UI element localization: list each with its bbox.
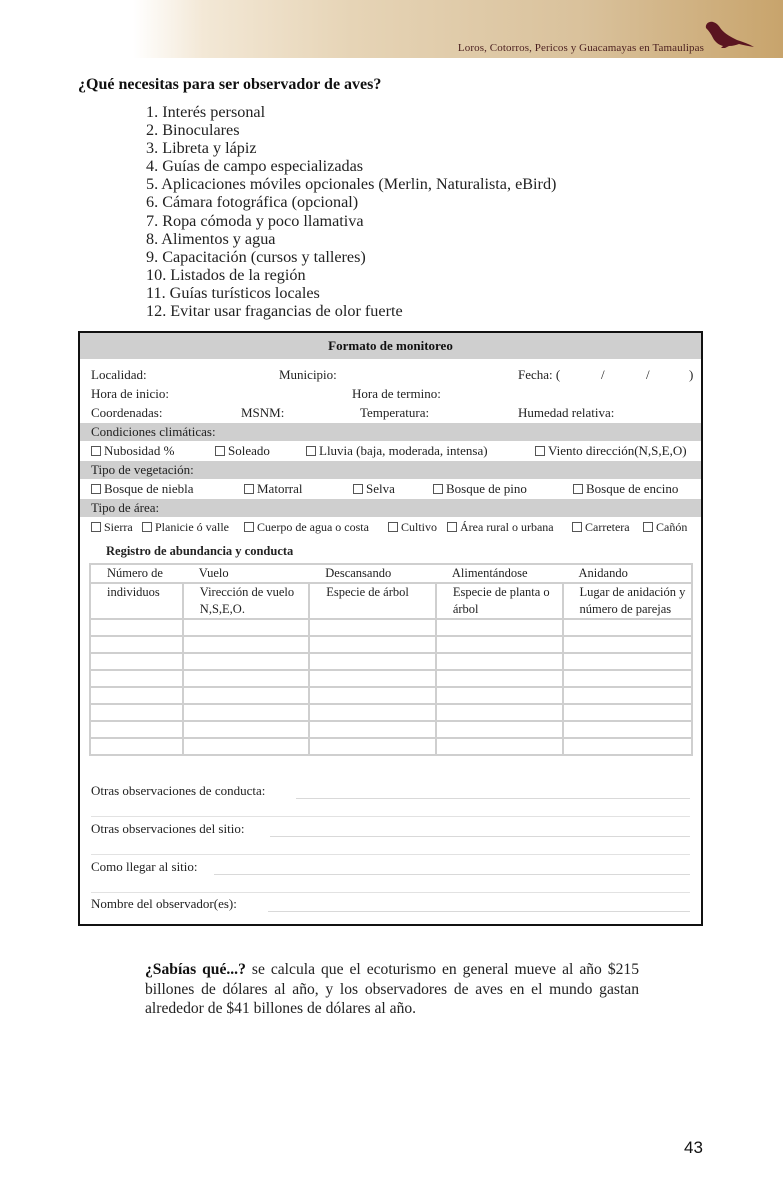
checkbox-icon[interactable] xyxy=(388,522,398,532)
divider xyxy=(91,854,690,855)
table-cell[interactable] xyxy=(309,636,436,653)
table-cell[interactable] xyxy=(436,636,563,653)
temperatura-label: Temperatura: xyxy=(360,405,429,421)
vegetacion-options: Bosque de niebla Matorral Selva Bosque d… xyxy=(91,479,701,499)
table-cell[interactable] xyxy=(309,670,436,687)
table-row xyxy=(90,670,692,687)
checkbox-sierra[interactable]: Sierra xyxy=(91,517,133,537)
fecha-separator: / xyxy=(646,367,650,383)
checkbox-icon[interactable] xyxy=(353,484,363,494)
needs-list: 1. Interés personal 2. Binoculares 3. Li… xyxy=(146,103,556,320)
table-row xyxy=(90,704,692,721)
checkbox-soleado[interactable]: Soleado xyxy=(215,441,270,461)
table-cell[interactable] xyxy=(183,704,309,721)
checkbox-cuerpo-agua[interactable]: Cuerpo de agua o costa xyxy=(244,517,369,537)
table-cell[interactable] xyxy=(309,687,436,704)
table-cell[interactable] xyxy=(309,619,436,636)
list-item: 11. Guías turísticos locales xyxy=(146,284,556,302)
table-cell[interactable] xyxy=(183,619,309,636)
table-cell[interactable] xyxy=(436,738,563,755)
column-subheader: Especie de árbol xyxy=(309,583,436,619)
table-cell[interactable] xyxy=(90,687,183,704)
parrot-silhouette-icon xyxy=(703,20,755,50)
checkbox-icon[interactable] xyxy=(643,522,653,532)
table-cell[interactable] xyxy=(309,738,436,755)
table-cell[interactable] xyxy=(90,636,183,653)
table-cell[interactable] xyxy=(183,721,309,738)
running-header-title: Loros, Cotorros, Pericos y Guacamayas en… xyxy=(458,42,704,54)
area-options: Sierra Planicie ó valle Cuerpo de agua o… xyxy=(91,517,701,537)
checkbox-icon[interactable] xyxy=(91,522,101,532)
table-cell[interactable] xyxy=(436,687,563,704)
hora-termino-label: Hora de termino: xyxy=(352,386,441,402)
hora-inicio-label: Hora de inicio: xyxy=(91,386,169,402)
table-cell[interactable] xyxy=(309,653,436,670)
registro-title: Registro de abundancia y conducta xyxy=(106,544,293,559)
area-section-label: Tipo de área: xyxy=(80,499,701,517)
table-cell[interactable] xyxy=(436,704,563,721)
table-cell[interactable] xyxy=(563,704,692,721)
fecha-close: ) xyxy=(689,367,693,383)
checkbox-bosque-niebla[interactable]: Bosque de niebla xyxy=(91,479,194,499)
list-item: 6. Cámara fotográfica (opcional) xyxy=(146,193,556,211)
checkbox-bosque-pino[interactable]: Bosque de pino xyxy=(433,479,527,499)
obs-sitio-line[interactable] xyxy=(270,836,690,837)
table-cell[interactable] xyxy=(90,619,183,636)
checkbox-carretera[interactable]: Carretera xyxy=(572,517,630,537)
table-row xyxy=(90,687,692,704)
checkbox-icon[interactable] xyxy=(91,484,101,494)
list-item: 8. Alimentos y agua xyxy=(146,230,556,248)
checkbox-icon[interactable] xyxy=(306,446,316,456)
list-item: 10. Listados de la región xyxy=(146,266,556,284)
como-llegar-label: Como llegar al sitio: xyxy=(91,859,201,875)
checkbox-selva[interactable]: Selva xyxy=(353,479,395,499)
checkbox-icon[interactable] xyxy=(91,446,101,456)
observador-line[interactable] xyxy=(268,911,690,912)
table-cell[interactable] xyxy=(90,670,183,687)
table-row xyxy=(90,619,692,636)
column-subheader: Lugar de anidación y número de parejas xyxy=(563,583,692,619)
column-subheader: Especie de planta o árbol xyxy=(436,583,563,619)
list-item: 9. Capacitación (cursos y talleres) xyxy=(146,248,556,266)
clima-section-label: Condiciones climáticas: xyxy=(80,423,701,441)
list-item: 4. Guías de campo especializadas xyxy=(146,157,556,175)
table-cell[interactable] xyxy=(90,738,183,755)
list-item: 2. Binoculares xyxy=(146,121,556,139)
observador-label: Nombre del observador(es): xyxy=(91,896,240,912)
vegetacion-section-label: Tipo de vegetación: xyxy=(80,461,701,479)
table-cell[interactable] xyxy=(183,738,309,755)
table-row xyxy=(90,653,692,670)
checkbox-canon[interactable]: Cañón xyxy=(643,517,687,537)
form-title: Formato de monitoreo xyxy=(80,333,701,359)
column-subheader: Virección de vuelo N,S,E,O. xyxy=(183,583,309,619)
table-cell[interactable] xyxy=(90,704,183,721)
fecha-separator: / xyxy=(601,367,605,383)
municipio-label: Municipio: xyxy=(279,367,337,383)
obs-conducta-label: Otras observaciones de conducta: xyxy=(91,783,268,799)
checkbox-icon[interactable] xyxy=(142,522,152,532)
checkbox-icon[interactable] xyxy=(244,522,254,532)
registro-table: Número de Vuelo Descansando Alimentándos… xyxy=(89,563,693,756)
como-llegar-line[interactable] xyxy=(214,874,690,875)
column-header: Anidando xyxy=(563,564,692,583)
list-item: 7. Ropa cómoda y poco llamativa xyxy=(146,212,556,230)
msnm-label: MSNM: xyxy=(241,405,284,421)
table-row xyxy=(90,636,692,653)
fun-fact-lead: ¿Sabías qué...? xyxy=(145,961,246,978)
checkbox-icon[interactable] xyxy=(447,522,457,532)
table-cell[interactable] xyxy=(563,670,692,687)
table-cell[interactable] xyxy=(436,653,563,670)
table-cell[interactable] xyxy=(90,653,183,670)
list-item: 1. Interés personal xyxy=(146,103,556,121)
checkbox-nubosidad[interactable]: Nubosidad % xyxy=(91,441,174,461)
table-cell[interactable] xyxy=(183,636,309,653)
checkbox-planicie[interactable]: Planicie ó valle xyxy=(142,517,229,537)
table-cell[interactable] xyxy=(563,619,692,636)
table-cell[interactable] xyxy=(183,687,309,704)
checkbox-icon[interactable] xyxy=(572,522,582,532)
table-cell[interactable] xyxy=(563,687,692,704)
section-title: ¿Qué necesitas para ser observador de av… xyxy=(78,76,381,94)
column-header: Alimentándose xyxy=(436,564,563,583)
checkbox-bosque-encino[interactable]: Bosque de encino xyxy=(573,479,678,499)
table-cell[interactable] xyxy=(563,636,692,653)
checkbox-lluvia[interactable]: Lluvia (baja, moderada, intensa) xyxy=(306,441,488,461)
checkbox-icon[interactable] xyxy=(244,484,254,494)
fun-fact-paragraph: ¿Sabías qué...? se calcula que el ecotur… xyxy=(145,960,639,1019)
divider xyxy=(91,892,690,893)
checkbox-icon[interactable] xyxy=(215,446,225,456)
table-cell[interactable] xyxy=(563,738,692,755)
column-subheader: individuos xyxy=(90,583,183,619)
checkbox-viento[interactable]: Viento dirección(N,S,E,O) xyxy=(535,441,687,461)
table-cell[interactable] xyxy=(436,670,563,687)
table-cell[interactable] xyxy=(563,653,692,670)
table-cell[interactable] xyxy=(183,653,309,670)
list-item: 3. Libreta y lápiz xyxy=(146,139,556,157)
table-cell[interactable] xyxy=(309,704,436,721)
table-header-row: Número de Vuelo Descansando Alimentándos… xyxy=(90,564,692,583)
column-header: Descansando xyxy=(309,564,436,583)
list-item: 12. Evitar usar fragancias de olor fuert… xyxy=(146,302,556,320)
checkbox-icon[interactable] xyxy=(535,446,545,456)
checkbox-area-rural[interactable]: Área rural o urbana xyxy=(447,517,554,537)
fecha-label: Fecha: ( xyxy=(518,367,560,383)
table-cell[interactable] xyxy=(309,721,436,738)
table-cell[interactable] xyxy=(436,619,563,636)
table-cell[interactable] xyxy=(563,721,692,738)
checkbox-icon[interactable] xyxy=(573,484,583,494)
humedad-label: Humedad relativa: xyxy=(518,405,614,421)
monitoring-form: Formato de monitoreo Localidad: Municipi… xyxy=(78,331,703,926)
table-row xyxy=(90,738,692,755)
localidad-label: Localidad: xyxy=(91,367,147,383)
list-item: 5. Aplicaciones móviles opcionales (Merl… xyxy=(146,175,556,193)
table-cell[interactable] xyxy=(183,670,309,687)
column-header: Número de xyxy=(90,564,183,583)
obs-sitio-label: Otras observaciones del sitio: xyxy=(91,821,247,837)
clima-options: Nubosidad % Soleado Lluvia (baja, modera… xyxy=(91,441,701,461)
checkbox-icon[interactable] xyxy=(433,484,443,494)
divider xyxy=(91,816,690,817)
table-row xyxy=(90,721,692,738)
table-cell[interactable] xyxy=(436,721,563,738)
coordenadas-label: Coordenadas: xyxy=(91,405,162,421)
table-body xyxy=(90,619,692,755)
column-header: Vuelo xyxy=(183,564,309,583)
page-number: 43 xyxy=(684,1138,703,1158)
checkbox-matorral[interactable]: Matorral xyxy=(244,479,302,499)
obs-conducta-line[interactable] xyxy=(296,798,690,799)
checkbox-cultivo[interactable]: Cultivo xyxy=(388,517,437,537)
table-subheader-row: individuos Virección de vuelo N,S,E,O. E… xyxy=(90,583,692,619)
table-cell[interactable] xyxy=(90,721,183,738)
